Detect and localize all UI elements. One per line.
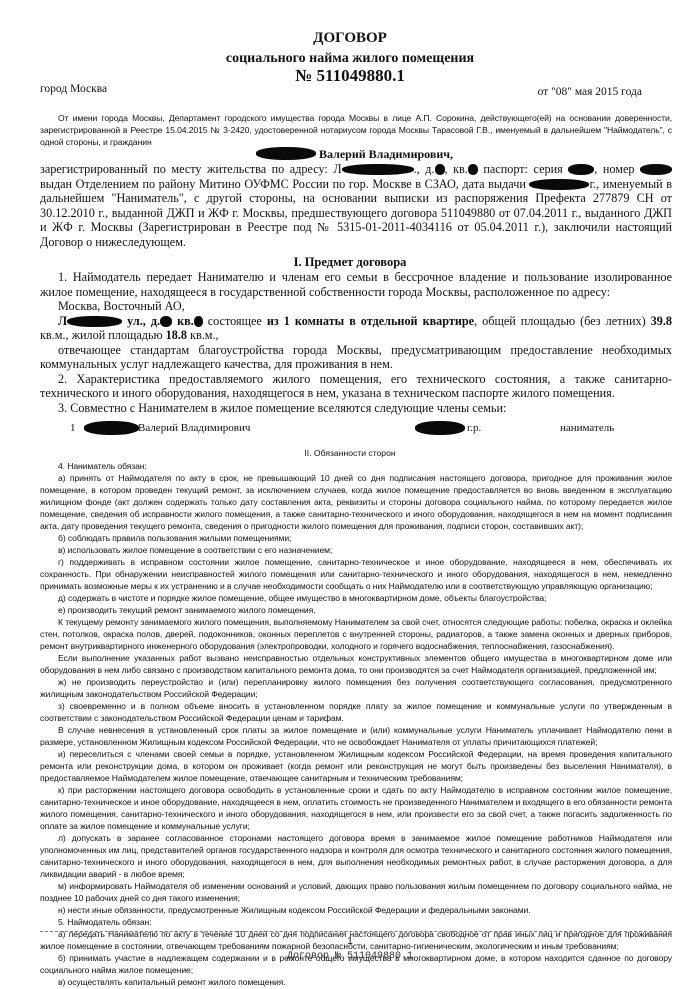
section-1-body: 1. Наймодатель передает Нанимателю и чле… xyxy=(40,270,672,415)
clause-3: 3. Совместно с Нанимателем в жилое помещ… xyxy=(40,401,672,416)
redaction xyxy=(194,316,203,327)
redaction xyxy=(435,164,445,175)
obligation-paragraph: и) переселиться с членами своей семьи в … xyxy=(40,748,672,784)
redaction xyxy=(67,316,122,327)
rooms-description: из 1 комнаты в отдельной квартире xyxy=(267,314,474,328)
redaction xyxy=(529,179,589,190)
member-number: 1 xyxy=(70,422,76,434)
obligation-paragraph: к) при расторжении настоящего договора о… xyxy=(40,784,672,832)
footer-divider xyxy=(40,931,672,932)
landlord-paragraph: От имени города Москвы, Департамент горо… xyxy=(40,112,672,148)
redaction xyxy=(342,164,414,175)
area-text: , общей площадью (без летних) xyxy=(474,314,651,328)
tenant-name-line: Валерий Владимирович, xyxy=(256,147,453,162)
document-title: ДОГОВОР xyxy=(0,30,700,47)
contract-date: от "08" мая 2015 года xyxy=(538,86,642,98)
city: город Москва xyxy=(40,83,107,95)
member-birth: г.р. xyxy=(467,422,481,434)
registration-text: паспорт: серия xyxy=(478,162,568,176)
clause-2: 2. Характеристика предоставляемого жилог… xyxy=(40,372,672,401)
redaction xyxy=(256,147,316,160)
redaction xyxy=(568,164,594,175)
section-1-heading: I. Предмет договора xyxy=(0,255,700,270)
redaction xyxy=(415,421,465,435)
obligation-paragraph: 5. Наймодатель обязан: xyxy=(40,916,672,928)
obligation-paragraph: б) соблюдать правила пользования жилыми … xyxy=(40,532,672,544)
area-text: кв.м., xyxy=(187,328,219,342)
obligation-paragraph: з) своевременно и в полном объеме вносит… xyxy=(40,700,672,724)
obligation-paragraph: в) использовать жилое помещение в соотве… xyxy=(40,544,672,556)
standards-paragraph: отвечающее стандартам благоустройства го… xyxy=(40,343,672,372)
obligation-paragraph: Если выполнение указанных работ вызвано … xyxy=(40,652,672,676)
member-role: наниматель xyxy=(560,422,614,434)
obligation-paragraph: а) принять от Наймодателя по акту в срок… xyxy=(40,472,672,532)
footer-doc-reference: Договор № 511049880.1 xyxy=(0,951,700,962)
address-text: Л xyxy=(58,314,67,328)
redaction xyxy=(640,164,672,175)
living-area: 18.8 xyxy=(166,328,187,342)
address-city: Москва, Восточный АО, xyxy=(40,299,672,314)
address-text: состоящее xyxy=(203,314,267,328)
registration-text: ., д. xyxy=(414,162,435,176)
section-2-body: 4. Наниматель обязан:а) принять от Наймо… xyxy=(40,460,672,988)
registration-text: , кв. xyxy=(445,162,468,176)
member-name: Валерий Владимирович xyxy=(138,422,250,434)
total-area: 39.8 xyxy=(651,314,672,328)
obligation-paragraph: В случае невнесения в установленный срок… xyxy=(40,724,672,748)
address-text: кв. xyxy=(172,314,194,328)
obligation-paragraph: д) содержать в чистоте и порядке жилое п… xyxy=(40,592,672,604)
registration-text: , номер xyxy=(594,162,640,176)
registration-text: зарегистрированный по месту жительства п… xyxy=(40,162,342,176)
obligation-paragraph: м) информировать Наймодателя об изменени… xyxy=(40,880,672,904)
issued-text: выдан Отделением по району Митино ОУФМС … xyxy=(40,177,529,191)
redaction xyxy=(468,164,478,175)
page-number: 1 xyxy=(0,936,700,947)
area-text: кв.м., жилой площадью xyxy=(40,328,166,342)
obligation-paragraph: К текущему ремонту занимаемого жилого по… xyxy=(40,616,672,652)
obligation-paragraph: л) допускать в заранее согласованное сто… xyxy=(40,832,672,880)
address-text: ул., д. xyxy=(122,314,160,328)
obligation-paragraph: г) поддерживать в исправном состоянии жи… xyxy=(40,556,672,592)
obligation-paragraph: ж) не производить переустройство и (или)… xyxy=(40,676,672,700)
document-subtitle: социального найма жилого помещения xyxy=(0,51,700,67)
obligation-paragraph: е) производить текущий ремонт занимаемог… xyxy=(40,604,672,616)
obligation-paragraph: в) осуществлять капитальный ремонт жилог… xyxy=(40,976,672,988)
section-2-heading: II. Обязанности сторон xyxy=(0,448,700,458)
obligation-paragraph: н) нести иные обязанности, предусмотренн… xyxy=(40,904,672,916)
clause-1: 1. Наймодатель передает Нанимателю и чле… xyxy=(40,270,672,299)
obligation-paragraph: 4. Наниматель обязан: xyxy=(40,460,672,472)
tenant-name: Валерий Владимирович, xyxy=(319,147,453,161)
tenant-details-paragraph: зарегистрированный по месту жительства п… xyxy=(40,162,672,249)
address-line: Л ул., д. кв. состоящее из 1 комнаты в о… xyxy=(40,314,672,343)
redaction xyxy=(160,316,172,327)
redaction xyxy=(84,421,139,435)
